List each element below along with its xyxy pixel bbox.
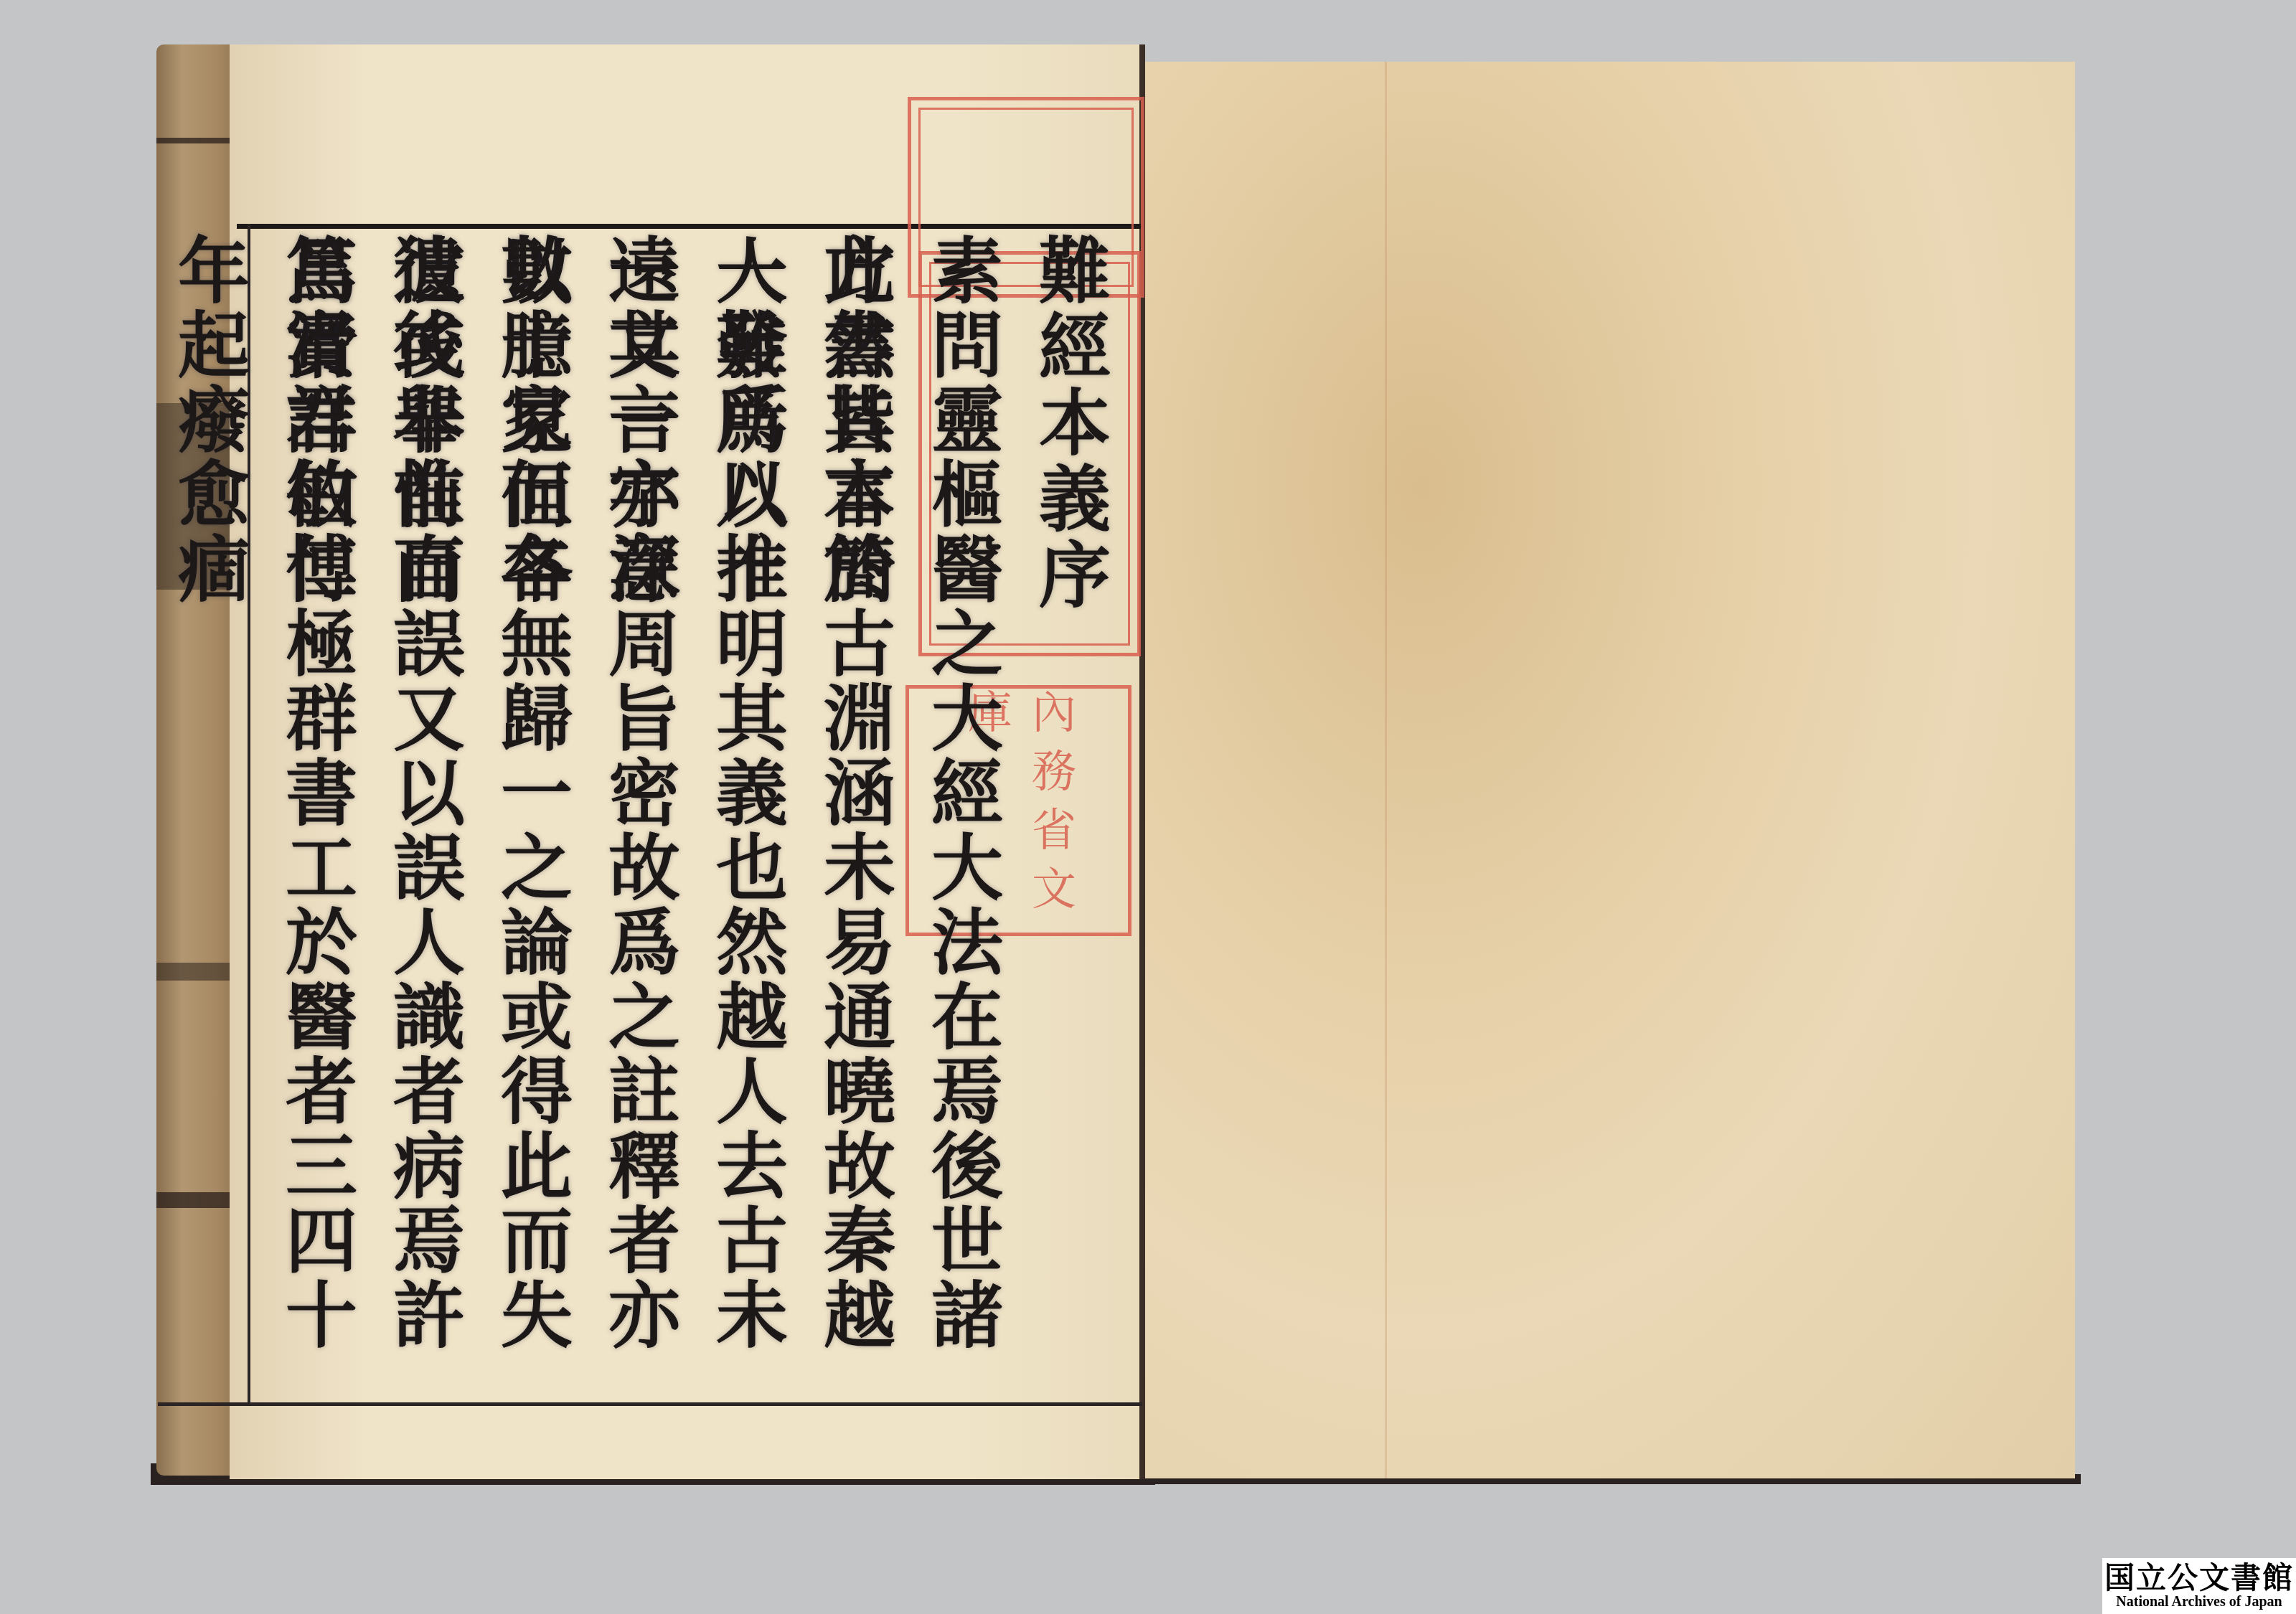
preface-title: 難經本義序 (1015, 233, 1123, 1395)
watermark-en: National Archives of Japan (2116, 1594, 2282, 1610)
text-column-1: 素問靈樞醫之大經大法在焉後世諸方書皆本於 (908, 233, 1015, 1395)
paper-fold-line (1385, 62, 1387, 1478)
text-columns: 難經本義序 素問靈樞醫之大經大法在焉後世諸方書皆本於 此然其言簡古淵涵未易通曉故… (255, 233, 1137, 1395)
watermark-jp: 国立公文書館 (2104, 1562, 2294, 1594)
text-frame-bottom-rule (158, 1402, 1142, 1406)
right-page-blank (1142, 62, 2075, 1478)
national-archives-watermark: 国立公文書館 National Archives of Japan (2102, 1558, 2296, 1614)
